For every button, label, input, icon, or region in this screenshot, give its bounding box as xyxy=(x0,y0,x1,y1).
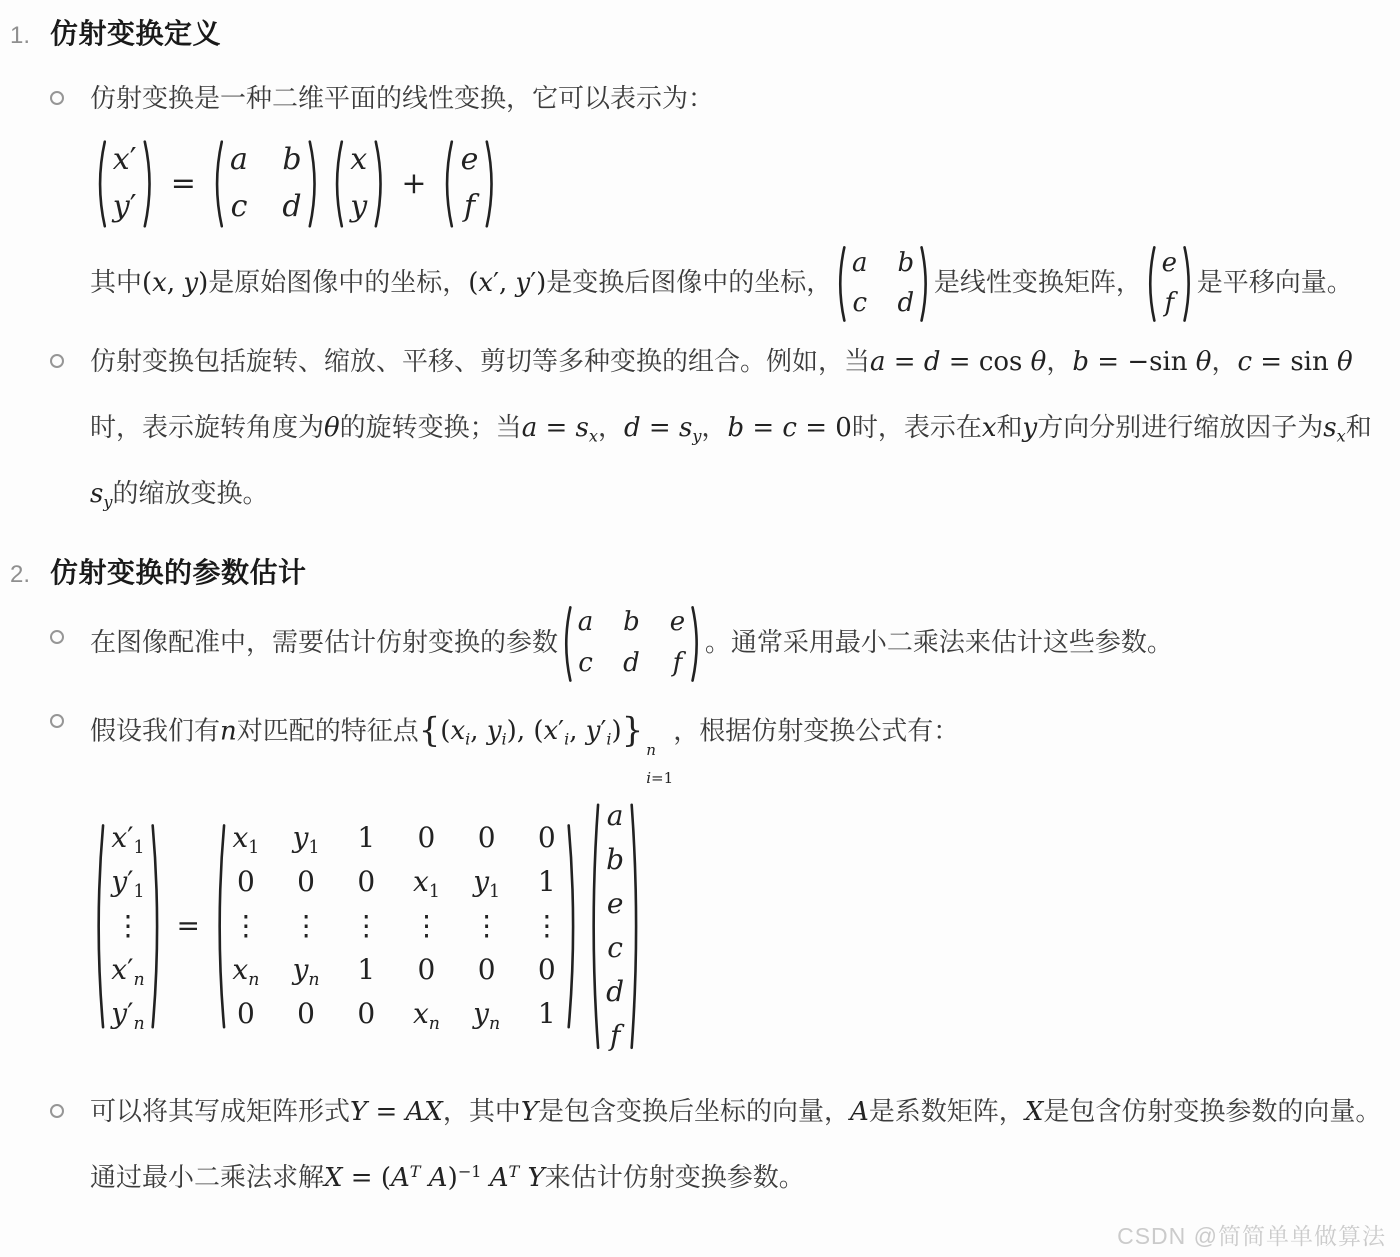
math-glyphs: n xyxy=(646,741,656,759)
math-glyphs: T xyxy=(410,1162,421,1181)
math-glyphs: x xyxy=(350,142,367,177)
right-paren-icon xyxy=(567,819,579,1034)
matrix-cell: 1 xyxy=(538,866,556,898)
matrix-cell: c xyxy=(578,649,593,679)
math-glyphs: , xyxy=(167,268,184,298)
math-run: θ xyxy=(1031,347,1047,377)
math-glyphs: x xyxy=(232,821,248,854)
matrix-cell: a xyxy=(607,800,624,832)
matrix-cell: 0 xyxy=(297,866,315,898)
math-glyphs: 0 xyxy=(538,821,556,854)
matrix: abecdf xyxy=(588,797,642,1056)
text-run: 方向分别进行缩放因子为 xyxy=(1037,412,1323,442)
math-run: (x, y) xyxy=(142,268,208,298)
bullet-circle-icon xyxy=(50,354,64,368)
subscript: n xyxy=(308,970,319,990)
left-paren-icon xyxy=(94,139,107,229)
math-glyphs: 0 xyxy=(478,953,496,986)
math-run: Y = AX xyxy=(350,1097,443,1127)
matrix-cell: b xyxy=(897,249,914,279)
math-glyphs: f xyxy=(610,1019,620,1052)
math-glyphs: 1 xyxy=(538,997,556,1030)
math-run: θ xyxy=(1337,347,1353,377)
math-run: n xyxy=(220,716,237,746)
math-glyphs: , xyxy=(470,716,487,746)
math-glyphs: x xyxy=(589,426,598,445)
math-glyphs: x xyxy=(232,953,248,986)
matrix-cell: y xyxy=(350,190,367,225)
section-title: 仿射变换的参数估计 xyxy=(50,551,307,591)
math-glyphs: cos xyxy=(979,347,1031,377)
watermark-text: CSDN @简简单单做算法 xyxy=(1117,1218,1386,1251)
math-glyphs: n xyxy=(308,970,319,990)
math-glyphs: 0 xyxy=(478,821,496,854)
math-glyphs: c xyxy=(578,648,593,678)
math-glyphs: θ xyxy=(1196,347,1212,377)
math-glyphs: 0 xyxy=(297,865,315,898)
left-paren-icon xyxy=(211,139,224,229)
matrix-cell: 0 xyxy=(237,866,255,898)
math-run: d = sy xyxy=(624,413,701,443)
matrix-cells: x1y11000000x1y11⋮⋮⋮⋮⋮⋮xnyn1000000xnyn1 xyxy=(226,819,567,1034)
math-glyphs: = xyxy=(941,347,979,377)
left-paren-icon xyxy=(93,819,105,1034)
subscript: 1 xyxy=(134,838,145,858)
matrix-cell: x1 xyxy=(413,866,440,898)
matrix-cell: d xyxy=(623,649,640,679)
math-glyphs: sin xyxy=(1290,347,1337,377)
matrix-cell: f xyxy=(1164,289,1174,319)
math-glyphs: f xyxy=(1164,288,1174,318)
curly-brace: { xyxy=(419,711,441,750)
math-glyphs: x xyxy=(982,413,997,443)
math-glyphs: y xyxy=(473,997,489,1030)
math-glyphs: T xyxy=(509,1162,520,1181)
bullet-circle-icon xyxy=(50,714,64,728)
math-glyphs: ) xyxy=(448,1163,458,1193)
matrix-cell: ⋮ xyxy=(473,910,501,942)
list-item-content: 假设我们有n对匹配的特征点{(xi, yi), (x′i, y′i)}ni=1，… xyxy=(90,689,1382,1073)
text-run: 对匹配的特征点 xyxy=(237,715,419,745)
math-run: A xyxy=(850,1097,869,1127)
matrix-cell: ⋮ xyxy=(412,910,440,942)
matrix-cell: 0 xyxy=(357,998,375,1030)
math-glyphs: d xyxy=(606,975,624,1008)
subscript: n xyxy=(248,970,259,990)
math-glyphs xyxy=(421,1163,429,1193)
left-paren-icon xyxy=(561,605,572,683)
math-glyphs: n xyxy=(429,1014,440,1034)
math-glyphs: = 0 xyxy=(797,413,852,443)
right-paren-icon xyxy=(143,139,156,229)
matrix: x1y11000000x1y11⋮⋮⋮⋮⋮⋮xnyn1000000xnyn1 xyxy=(214,819,579,1034)
math-glyphs: x xyxy=(413,997,429,1030)
matrix-cell: d xyxy=(282,190,301,225)
left-paren-icon xyxy=(214,819,226,1034)
math-glyphs: b xyxy=(282,142,301,177)
math-glyphs: + xyxy=(401,166,426,201)
math-glyphs: ⋮ xyxy=(292,909,320,942)
matrix-cell: y1 xyxy=(473,866,500,898)
text-run: 和 xyxy=(997,412,1023,442)
math-glyphs: = xyxy=(641,413,679,443)
matrix-cell: y1 xyxy=(293,822,320,854)
matrix-cell: ⋮ xyxy=(352,910,380,942)
math-glyphs: 0 xyxy=(237,865,255,898)
subscript: n xyxy=(489,1014,500,1034)
matrix-cell: ⋮ xyxy=(292,910,320,942)
bullet-circle-icon xyxy=(50,1104,64,1118)
paragraph: 在图像配准中，需要估计仿射变换的参数abecdf。通常采用最小二乘法来估计这些参… xyxy=(90,605,1382,683)
text-run: 和 xyxy=(1346,412,1372,442)
math-glyphs: 1 xyxy=(538,865,556,898)
math-glyphs: s xyxy=(679,413,692,443)
text-run: 仿射变换包括旋转、缩放、平移、剪切等多种变换的组合。例如，当 xyxy=(90,346,870,376)
prime-mark: ′ xyxy=(130,142,137,177)
matrix-cell: x′1 xyxy=(111,822,144,854)
math-glyphs: d xyxy=(897,288,914,318)
math-glyphs: a xyxy=(522,413,538,443)
math-glyphs: y xyxy=(293,953,309,986)
math-glyphs: x xyxy=(478,268,493,298)
math-glyphs: c xyxy=(231,189,248,224)
limits-subscript: i=1 xyxy=(646,771,673,787)
subscript: x xyxy=(1337,426,1346,445)
matrix-cell: a xyxy=(578,608,594,638)
math-run: b = c = 0 xyxy=(727,413,851,443)
matrix-cell: 0 xyxy=(418,822,436,854)
list-item-content: 可以将其写成矩阵形式Y = AX，其中Y是包含变换后坐标的向量，A是系数矩阵，X… xyxy=(90,1079,1382,1211)
left-paren-icon xyxy=(835,245,846,323)
math-run: X = (AT A)−1 AT Y xyxy=(324,1163,545,1193)
math-glyphs: 0 xyxy=(357,997,375,1030)
matrix-cells: ef xyxy=(454,139,485,229)
paragraph: 仿射变换是一种二维平面的线性变换，它可以表示为： xyxy=(90,66,1382,131)
text-run: 是平移向量。 xyxy=(1197,267,1353,297)
matrix: x′y′ xyxy=(94,139,156,229)
matrix-cell: x xyxy=(350,143,367,178)
math-glyphs: ( xyxy=(142,268,152,298)
matrix-cells: abecdf xyxy=(572,605,691,683)
math-glyphs: 0 xyxy=(357,865,375,898)
math-glyphs: a xyxy=(230,142,248,177)
matrix-cell: c xyxy=(853,289,868,319)
math-glyphs: A xyxy=(490,1163,509,1193)
matrix-cells: xy xyxy=(344,139,374,229)
superscript: T xyxy=(410,1162,421,1181)
right-paren-icon xyxy=(374,139,387,229)
text-run: 时，表示在 xyxy=(852,412,982,442)
math-glyphs: A xyxy=(391,1163,410,1193)
text-run: 。通常采用最小二乘法来估计这些参数。 xyxy=(705,627,1173,657)
text-run: 来估计仿射变换参数。 xyxy=(545,1162,805,1192)
math-glyphs: ) xyxy=(198,268,208,298)
math-glyphs: y xyxy=(113,189,130,224)
superscript: T xyxy=(509,1162,520,1181)
math-glyphs: x xyxy=(413,865,429,898)
matrix-cell: d xyxy=(606,976,624,1008)
math-glyphs: ⋮ xyxy=(352,909,380,942)
document-page: 1.仿射变换定义仿射变换是一种二维平面的线性变换，它可以表示为：x′y′=abc… xyxy=(0,0,1400,1257)
math-glyphs: x xyxy=(544,716,559,746)
math-glyphs: ) xyxy=(612,716,622,746)
right-paren-icon xyxy=(920,245,931,323)
math-run: a = sx xyxy=(522,413,598,443)
math-glyphs: x xyxy=(111,821,127,854)
subscript: 1 xyxy=(489,882,500,902)
math-glyphs: b xyxy=(727,413,744,443)
right-paren-icon xyxy=(485,139,498,229)
text-run: ，其中 xyxy=(443,1096,521,1126)
math-glyphs: = xyxy=(177,909,200,942)
matrix: ef xyxy=(1145,245,1194,323)
curly-brace: } xyxy=(622,711,644,750)
math-glyphs: s xyxy=(576,413,589,443)
math-glyphs: d xyxy=(624,413,641,443)
math-glyphs: A xyxy=(850,1097,869,1127)
math-glyphs: 0 xyxy=(297,997,315,1030)
limits-stack: ni=1 xyxy=(646,743,673,787)
math-run: θ xyxy=(324,413,340,443)
math-glyphs: 0 xyxy=(418,953,436,986)
math-glyphs: c xyxy=(853,288,868,318)
list-section: 2.仿射变换的参数估计在图像配准中，需要估计仿射变换的参数abecdf。通常采用… xyxy=(10,551,1382,1211)
math-glyphs: ⋮ xyxy=(473,909,501,942)
math-glyphs: 0 xyxy=(538,953,556,986)
text-run: 假设我们有 xyxy=(90,715,220,745)
math-glyphs: b xyxy=(897,248,914,278)
matrix-cell: yn xyxy=(473,998,500,1030)
math-glyphs: n xyxy=(248,970,259,990)
math-run: (x′, y′) xyxy=(468,268,546,298)
prime-mark: ′ xyxy=(130,189,137,224)
math-glyphs: θ xyxy=(324,413,340,443)
math-glyphs: y xyxy=(586,716,601,746)
math-glyphs: e xyxy=(461,142,479,177)
math-glyphs: x xyxy=(152,268,167,298)
math-glyphs: y xyxy=(1023,413,1038,443)
math-run: Y xyxy=(521,1097,538,1127)
math-glyphs: x xyxy=(450,716,465,746)
list-item-content: 仿射变换包括旋转、缩放、平移、剪切等多种变换的组合。例如，当a = d = co… xyxy=(90,329,1382,527)
formula: x′1y′1⋮x′ny′n=x1y11000000x1y11⋮⋮⋮⋮⋮⋮xnyn… xyxy=(90,797,1382,1056)
right-paren-icon xyxy=(1183,245,1194,323)
section-heading: 2.仿射变换的参数估计 xyxy=(10,551,1382,591)
matrix-cell: xn xyxy=(413,998,440,1030)
math-glyphs: y xyxy=(487,716,502,746)
list-item-content: 在图像配准中，需要估计仿射变换的参数abecdf。通常采用最小二乘法来估计这些参… xyxy=(90,605,1382,683)
section-title: 仿射变换定义 xyxy=(50,12,221,52)
math-glyphs: x xyxy=(111,953,127,986)
math-run: y xyxy=(1023,413,1038,443)
math-glyphs: X xyxy=(324,1163,343,1193)
matrix-cell: e xyxy=(670,608,685,638)
text-run: 时，表示旋转角度为 xyxy=(90,412,324,442)
matrix-cell: xn xyxy=(232,954,259,986)
math-glyphs: 1 xyxy=(357,953,375,986)
math-glyphs: = xyxy=(744,413,782,443)
math-glyphs: c xyxy=(1237,347,1252,377)
matrix-cell: e xyxy=(461,143,479,178)
bullet-circle-icon xyxy=(50,630,64,644)
matrix-cell: ⋮ xyxy=(114,910,142,942)
math-glyphs: 1 xyxy=(308,838,319,858)
right-paren-icon xyxy=(691,605,702,683)
matrix-cell: 0 xyxy=(357,866,375,898)
math-glyphs: 1 xyxy=(357,821,375,854)
subscript: n xyxy=(133,970,144,990)
subscript: 1 xyxy=(134,882,145,902)
matrix-cell: b xyxy=(623,608,640,638)
section-number: 1. xyxy=(10,22,36,50)
math-glyphs: y xyxy=(350,189,367,224)
matrix-cell: x1 xyxy=(232,822,259,854)
math-glyphs: = xyxy=(886,347,924,377)
math-glyphs: 1 xyxy=(248,838,259,858)
matrix-cell: y′ xyxy=(113,190,137,225)
matrix-cell: a xyxy=(230,143,248,178)
math-glyphs: f xyxy=(464,189,475,224)
math-glyphs: Y xyxy=(528,1163,545,1193)
bullet-list: 仿射变换是一种二维平面的线性变换，它可以表示为：x′y′=abcdxy+ef其中… xyxy=(50,62,1382,527)
matrix-cell: 0 xyxy=(297,998,315,1030)
math-glyphs: ) xyxy=(536,268,546,298)
list-item: 仿射变换包括旋转、缩放、平移、剪切等多种变换的组合。例如，当a = d = co… xyxy=(50,329,1382,527)
math-glyphs: ( xyxy=(468,268,478,298)
math-glyphs: ( xyxy=(440,716,450,746)
matrix-cell: b xyxy=(282,143,301,178)
text-run: 是线性变换矩阵， xyxy=(934,267,1142,297)
text-run: 可以将其写成矩阵形式 xyxy=(90,1096,350,1126)
math-run: a = d = xyxy=(870,347,979,377)
matrix-cell: c xyxy=(231,190,248,225)
math-glyphs: b xyxy=(606,843,624,876)
paragraph: 可以将其写成矩阵形式Y = AX，其中Y是包含变换后坐标的向量，A是系数矩阵，X… xyxy=(90,1079,1382,1211)
matrix: abcd xyxy=(211,139,321,229)
left-paren-icon xyxy=(331,139,344,229)
math-run: x xyxy=(982,413,997,443)
math-run: θ xyxy=(1196,347,1212,377)
text-run: 在图像配准中，需要估计仿射变换的参数 xyxy=(90,627,558,657)
matrix-cell: 0 xyxy=(538,822,556,854)
math-glyphs: θ xyxy=(1031,347,1047,377)
list-section: 1.仿射变换定义仿射变换是一种二维平面的线性变换，它可以表示为：x′y′=abc… xyxy=(10,12,1382,527)
matrix-cell: x′ xyxy=(113,143,137,178)
matrix-cell: f xyxy=(610,1020,620,1052)
list-item: 仿射变换是一种二维平面的线性变换，它可以表示为：x′y′=abcdxy+ef其中… xyxy=(50,66,1382,323)
matrix-cell: yn xyxy=(293,954,320,986)
text-run: 是变换后图像中的坐标， xyxy=(546,267,832,297)
math-glyphs: y xyxy=(111,997,127,1030)
matrix-cell: e xyxy=(607,888,624,920)
text-run: 的旋转变换；当 xyxy=(340,412,522,442)
math-glyphs: e xyxy=(607,887,624,920)
list-item: 在图像配准中，需要估计仿射变换的参数abecdf。通常采用最小二乘法来估计这些参… xyxy=(50,605,1382,683)
math-run: sin xyxy=(1290,347,1337,377)
math-glyphs: = ( xyxy=(343,1163,391,1193)
math-glyphs: s xyxy=(90,479,103,509)
math-glyphs: x xyxy=(1337,426,1346,445)
subscript: 1 xyxy=(429,882,440,902)
text-run: 仿射变换是一种二维平面的线性变换，它可以表示为： xyxy=(90,83,714,113)
math-glyphs: X xyxy=(1025,1097,1044,1127)
math-glyphs: y xyxy=(183,268,198,298)
math-glyphs: AX xyxy=(406,1097,443,1127)
math-glyphs: c xyxy=(607,931,623,964)
text-run: ，根据仿射变换公式有： xyxy=(673,715,959,745)
math-glyphs: ), ( xyxy=(507,716,544,746)
math-glyphs: 1 xyxy=(134,882,145,902)
math-run: + xyxy=(401,166,426,201)
math-glyphs: 0 xyxy=(237,997,255,1030)
right-paren-icon xyxy=(308,139,321,229)
matrix-cell: d xyxy=(897,289,914,319)
math-glyphs: n xyxy=(133,1014,144,1034)
matrix-cell: y′1 xyxy=(111,866,144,898)
math-run: {(xi, yi), (x′i, y′i)} xyxy=(419,716,643,746)
matrix-cell: 0 xyxy=(478,954,496,986)
matrix-cell: f xyxy=(673,649,683,679)
matrix-cell: 1 xyxy=(357,954,375,986)
math-glyphs: e xyxy=(670,607,685,637)
math-glyphs: a xyxy=(852,248,868,278)
math-glyphs: 0 xyxy=(418,821,436,854)
matrix-cell: 0 xyxy=(418,954,436,986)
math-glyphs: e xyxy=(1162,248,1177,278)
matrix: abcd xyxy=(835,245,930,323)
section-number: 2. xyxy=(10,561,36,589)
math-glyphs: c xyxy=(782,413,797,443)
text-run: ， xyxy=(1046,346,1072,376)
list-item: 可以将其写成矩阵形式Y = AX，其中Y是包含变换后坐标的向量，A是系数矩阵，X… xyxy=(50,1079,1382,1211)
matrix-cell: 0 xyxy=(237,998,255,1030)
matrix-cell: 1 xyxy=(357,822,375,854)
subscript: n xyxy=(133,1014,144,1034)
math-run: sy xyxy=(90,479,112,509)
text-run: ， xyxy=(598,412,624,442)
math-glyphs: y xyxy=(293,821,309,854)
matrix-cells: abcd xyxy=(846,245,920,323)
left-paren-icon xyxy=(588,797,600,1056)
subscript: 1 xyxy=(248,838,259,858)
math-run: = xyxy=(177,909,200,942)
math-glyphs: θ xyxy=(1337,347,1353,377)
list-item-content: 仿射变换是一种二维平面的线性变换，它可以表示为：x′y′=abcdxy+ef其中… xyxy=(90,66,1382,323)
left-paren-icon xyxy=(1145,245,1156,323)
math-glyphs: a xyxy=(607,799,624,832)
text-run: 是系数矩阵， xyxy=(869,1096,1025,1126)
matrix: ef xyxy=(441,139,497,229)
math-glyphs: = xyxy=(367,1097,405,1127)
section-heading: 1.仿射变换定义 xyxy=(10,12,1382,52)
math-glyphs: x xyxy=(113,142,130,177)
matrix-cell: 1 xyxy=(538,998,556,1030)
right-paren-icon xyxy=(630,797,642,1056)
math-glyphs: A xyxy=(429,1163,448,1193)
matrix: abecdf xyxy=(561,605,702,683)
text-run: 的缩放变换。 xyxy=(112,478,268,508)
left-paren-icon xyxy=(441,139,454,229)
text-run: 是原始图像中的坐标， xyxy=(208,267,468,297)
matrix-cells: abecdf xyxy=(600,797,630,1056)
text-run: 是包含变换后坐标的向量， xyxy=(538,1096,850,1126)
math-glyphs: d xyxy=(282,189,301,224)
math-glyphs: n xyxy=(133,970,144,990)
matrix-cells: abcd xyxy=(223,139,308,229)
matrix-cell: x′n xyxy=(111,954,144,986)
bullet-list: 在图像配准中，需要估计仿射变换的参数abecdf。通常采用最小二乘法来估计这些参… xyxy=(50,601,1382,1211)
math-glyphs: = xyxy=(171,166,196,201)
